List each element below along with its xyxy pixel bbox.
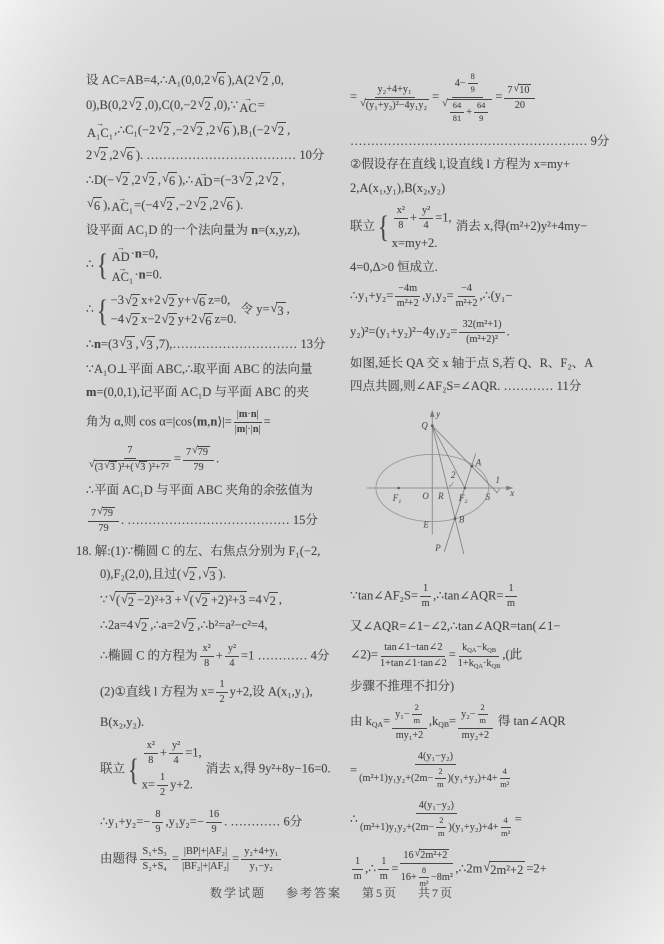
line-QBP-extended: [432, 425, 464, 553]
math-line: B(x₂,y₂).: [76, 714, 338, 731]
math-line: 4=0,Δ>0 恒成立.: [350, 259, 620, 276]
math-line: 设平面 AC₁D 的一个法向量为 n=(x,y,z),: [76, 222, 338, 239]
math-line: 步骤不推理不扣分): [350, 678, 620, 695]
math-line: 由 kQA=y₁−2mmy₁+2,kQB=y₂−2mmy₂+2 得 tan∠AQ…: [350, 701, 620, 743]
math-line: y₂)²=(y₁+y₂)²−4y₁y₂=32(m²+1)(m²+2)².: [350, 318, 620, 347]
math-line: 7√(3√3)²+(√3)²+7²=7√7979.: [76, 444, 338, 475]
math-line: 由题得S₁+S₃S₂+S₄=|BP|+|AF₂||BF₂|+|AF₂|=y₂+4…: [76, 845, 338, 874]
math-line: 又∠AQR=∠1−∠2,∴tan∠AQR=tan(∠1−: [350, 618, 620, 635]
y-axis-arrow: [430, 409, 435, 416]
math-line: ∴椭圆 C 的方程为x²8+y²4=1 ………… 4分: [76, 642, 338, 671]
label-A: A: [475, 457, 482, 467]
math-line: ∵√(√2−2)²+3+√(√2+2)²+3=4√2,: [76, 591, 338, 610]
label-R: R: [437, 490, 444, 500]
math-line: ∴{−3√2x+2√2y+√6z=0,−4√2x−2√2y+2√6z=0. 令 …: [76, 292, 338, 329]
label-E: E: [422, 519, 429, 529]
label-P: P: [434, 543, 441, 553]
math-line: 2,A(x₁,y₁),B(x₂,y₂): [350, 180, 620, 197]
math-line: m=(0,0,1),记平面 AC₁D 与平面 ABC 的夹: [76, 384, 338, 401]
point-A: [470, 464, 473, 467]
math-line: 0),F₂(2,0),且过(√2,√3).: [76, 566, 338, 584]
math-line: ∴D(−√2,2√2,√6),∴AD=(−3√2,2√2,: [76, 172, 338, 190]
math-line: 四点共圆,则∠AF₂S=∠AQR. ………… 11分: [350, 378, 620, 395]
math-line: ∠2)=tan∠1−tan∠21+tan∠1·tan∠2=kQA−kQB1+kQ…: [350, 641, 620, 671]
math-line: =y₂+4+y₁√(y₁+y₂)²−4y₁y₂=4−89√6481+649=7√…: [350, 70, 620, 126]
left-column: 设 AC=AB=4,∴A₁(0,0,2√6),A(2√2,0,0),B(0,2√…: [76, 72, 338, 881]
math-line: =4(y₁−y₂)(m²+1)y₁y₂+(2m−2m)(y₁+y₂)+4+4m²: [350, 750, 620, 792]
footer-subtitle: 参考答案: [286, 884, 342, 901]
math-line: ∴n=(3√3,√3,7),………………………… 13分: [76, 336, 338, 354]
footer-page-number: 第5页: [362, 884, 398, 901]
line-QF2: [432, 425, 465, 487]
math-line: ∴4(y₁−y₂)(m²+1)y₁y₂+(2m−2m)(y₁+y₂)+4+4m²…: [350, 799, 620, 841]
right-column-bottom: ∵tan∠AF₂S=1m,∴tan∠AQR=1m又∠AQR=∠1−∠2,∴tan…: [350, 582, 620, 891]
right-column-top: =y₂+4+y₁√(y₁+y₂)²−4y₁y₂=4−89√6481+649=7√…: [350, 70, 620, 395]
right-column: =y₂+4+y₁√(y₁+y₂)²−4y₁y₂=4−89√6481+649=7√…: [350, 70, 620, 898]
math-line: ∵tan∠AF₂S=1m,∴tan∠AQR=1m: [350, 582, 620, 611]
math-line: 如图,延长 QA 交 x 轴于点 S,若 Q、R、F₂、A: [350, 355, 620, 372]
footer-total-pages: 共7页: [418, 884, 454, 901]
math-line: ②假设存在直线 l,设直线 l 方程为 x=my+: [350, 156, 620, 173]
math-line: A₁C₁,∴C₁(−2√2,−2√2,2√6),B₁(−2√2,: [76, 122, 338, 140]
math-line: ∴平面 AC₁D 与平面 ABC 夹角的余弦值为: [76, 482, 338, 499]
footer-title: 数学试题: [210, 884, 266, 901]
label-y: y: [435, 408, 440, 418]
page-footer: 数学试题 参考答案 第5页 共7页: [0, 884, 664, 901]
math-line: 设 AC=AB=4,∴A₁(0,0,2√6),A(2√2,0,: [76, 72, 338, 90]
label-x: x: [509, 487, 514, 497]
math-line: 18. 解:(1)∵椭圆 C 的左、右焦点分别为 F₁(−2,: [76, 543, 338, 560]
angle-2-arc: [449, 482, 453, 486]
point-F2: [464, 486, 467, 489]
math-line: 7√7979. ………………………………… 15分: [76, 506, 338, 536]
math-line: 联立{x²8+y²4=1,x=my+2. 消去 x,得(m²+2)y²+4my−: [350, 203, 620, 252]
label-angle1: 1: [495, 475, 499, 485]
math-line: 0),B(0,2√2,0),C(0,−2√2,0),∵AC=: [76, 97, 338, 115]
ellipse-figure: y x Q A 1 2 F₁ O R F₂ S E B P: [350, 404, 554, 572]
point-B: [454, 517, 457, 520]
label-B: B: [459, 514, 465, 524]
math-line: ∴y₁+y₂=−4mm²+2,y₁y₂=−4m²+2,∴(y₁−: [350, 282, 620, 311]
line-QAS: [432, 425, 497, 492]
math-line: (2)①直线 l 方程为 x=12y+2,设 A(x₁,y₁),: [76, 678, 338, 707]
point-Q: [431, 424, 434, 427]
math-line: 角为 α,则 cos α=|cos⟨m,n⟩|=|m·n||m|·|n|=: [76, 408, 338, 437]
math-line: ∴{AD·n=0,AC₁·n=0.: [76, 245, 338, 285]
math-line: ∵A₁O⊥平面 ABC,∴取平面 ABC 的法向量: [76, 361, 338, 378]
scanned-answer-page: 设 AC=AB=4,∴A₁(0,0,2√6),A(2√2,0,0),B(0,2√…: [0, 0, 664, 944]
math-line: ∴2a=4√2,∴a=2√2,∴b²=a²−c²=4,: [76, 617, 338, 635]
math-line: ………………………………………………… 9分: [350, 133, 620, 150]
label-O: O: [422, 490, 429, 500]
label-Q: Q: [421, 420, 428, 430]
label-angle2: 2: [451, 470, 456, 480]
math-line: 联立{x²8+y²4=1,x=12y+2. 消去 x,得 9y²+8y−16=0…: [76, 738, 338, 801]
math-line: 2√2,2√6). ……………………………… 10分: [76, 147, 338, 165]
label-F1: F₁: [392, 492, 402, 502]
math-line: √6),AC₁=(−4√2,−2√2,2√6).: [76, 197, 338, 215]
label-S: S: [486, 491, 491, 501]
label-F2: F₂: [458, 492, 468, 502]
math-line: ∴y₁+y₂=−89,y₁y₂=−169. ………… 6分: [76, 808, 338, 837]
point-F1: [397, 486, 400, 489]
